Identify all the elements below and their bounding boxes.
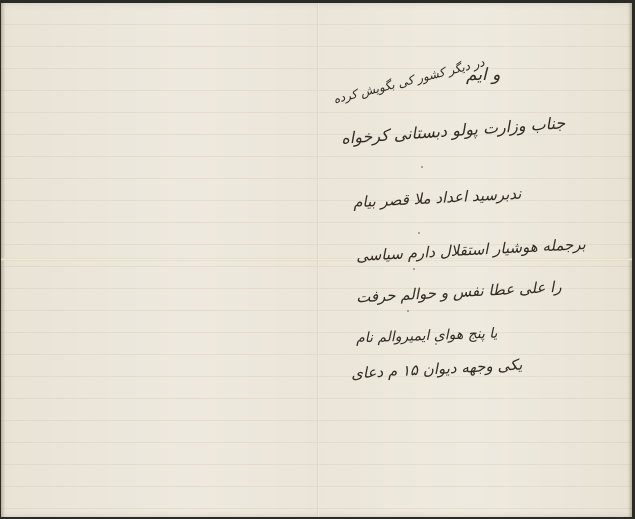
ink-speck xyxy=(435,343,437,345)
letter-line-5: یا پنج هوای ایمیروالم نام xyxy=(356,326,498,347)
address-note: در دیگر کشور کی بگویش کرده xyxy=(332,55,486,106)
letter-line-3: برجمله هوشیار استقلال دارم سیاسی xyxy=(356,235,586,265)
ink-speck xyxy=(413,268,415,270)
letter-line-2: ندبرسید اعداد ملا قصر بیام xyxy=(353,185,522,212)
ink-speck xyxy=(407,310,409,312)
letter-line-1: جناب وزارت پولو دبستانی کرخواه xyxy=(341,113,566,148)
ink-speck xyxy=(418,232,420,234)
letter-line-4: را علی عطا نفس و حوالم حرفت xyxy=(356,278,562,307)
letter-line-6: یکی وجهه دیوان ۱۵ م دعای xyxy=(351,356,523,383)
ink-speck xyxy=(421,166,423,168)
letter-sheet: و ایم در دیگر کشور کی بگویش کرده جناب وز… xyxy=(1,3,632,517)
right-page: و ایم در دیگر کشور کی بگویش کرده جناب وز… xyxy=(1,3,632,517)
